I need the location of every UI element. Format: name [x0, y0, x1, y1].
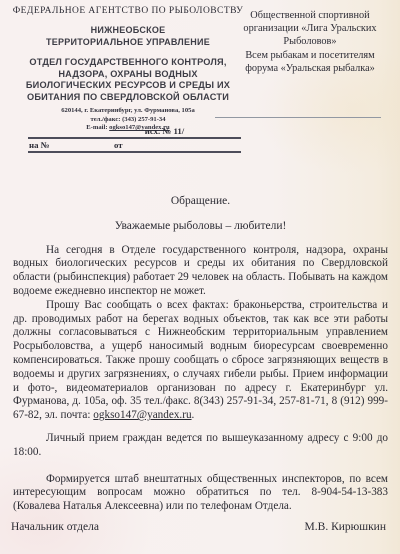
incoming-number-line: на № от [28, 139, 241, 153]
department-line: НИЖНЕОБСКОЕ [8, 25, 248, 37]
document-title: Обращение. [13, 195, 388, 209]
addressee-line: Всем рыбакам и посетителям [226, 49, 394, 62]
division-line: ОБИТАНИЯ ПО СВЕРДЛОВСКОЙ ОБЛАСТИ [8, 92, 248, 104]
salutation: Уважаемые рыболовы – любители! [13, 220, 388, 234]
letter-body: Обращение. Уважаемые рыболовы – любители… [13, 195, 388, 514]
agency-name: ФЕДЕРАЛЬНОЕ АГЕНТСТВО ПО РЫБОЛОВСТВУ [8, 6, 248, 16]
body-paragraph-3: Личный прием граждан ведется по вышеуказ… [13, 432, 388, 460]
addressee-line: Рыболовов» [226, 35, 394, 48]
territorial-department-name: НИЖНЕОБСКОЕ ТЕРРИТОРИАЛЬНОЕ УПРАВЛЕНИЕ [8, 25, 248, 48]
postal-address: 620144, г. Екатеринбург, ул. Фурманова, … [8, 107, 248, 115]
scanned-letter-page: ФЕДЕРАЛЬНОЕ АГЕНТСТВО ПО РЫБОЛОВСТВУ НИЖ… [0, 0, 400, 554]
addressee-line: организации «Лига Уральских [226, 22, 394, 35]
paragraph-2-text: Прошу Вас сообщать о всех фактах: бракон… [13, 299, 388, 421]
addressee-divider-line [215, 117, 381, 118]
department-line: ТЕРРИТОРИАЛЬНОЕ УПРАВЛЕНИЕ [8, 37, 248, 49]
incoming-number-label: на № [29, 140, 50, 150]
signer-name: М.В. Кирюшкин [305, 521, 386, 533]
phone-fax: тел./факс: (343) 257-91-34 [8, 116, 248, 124]
letterhead: ФЕДЕРАЛЬНОЕ АГЕНТСТВО ПО РЫБОЛОВСТВУ НИЖ… [8, 6, 248, 133]
body-email-address: ogkso147@yandex.ru [93, 409, 191, 421]
paragraph-2-period: . [192, 409, 195, 421]
signature-row: Начальник отдела М.В. Кирюшкин [11, 521, 386, 533]
division-line: НАДЗОРА, ОХРАНЫ ВОДНЫХ [8, 69, 248, 81]
body-paragraph-2: Прошу Вас сообщать о всех фактах: бракон… [13, 299, 388, 423]
signer-position: Начальник отдела [11, 521, 99, 533]
outgoing-number-line: исх. № 11/ [28, 126, 241, 139]
body-paragraph-4: Формируется штаб внештатных общественных… [13, 473, 388, 514]
addressee-line: форума «Уральская рыбалка» [226, 62, 394, 75]
addressee-block: Общественной спортивной организации «Лиг… [226, 9, 394, 75]
body-paragraph-1: На сегодня в Отделе государственного кон… [13, 244, 388, 299]
addressee-line: Общественной спортивной [226, 9, 394, 22]
date-label: от [114, 140, 123, 150]
division-line: БИОЛОГИЧЕСКИХ РЕСУРСОВ И СРЕДЫ ИХ [8, 80, 248, 92]
division-line: ОТДЕЛ ГОСУДАРСТВЕННОГО КОНТРОЛЯ, [8, 57, 248, 69]
division-name: ОТДЕЛ ГОСУДАРСТВЕННОГО КОНТРОЛЯ, НАДЗОРА… [8, 57, 248, 103]
reference-block: исх. № 11/ на № от [28, 126, 241, 153]
